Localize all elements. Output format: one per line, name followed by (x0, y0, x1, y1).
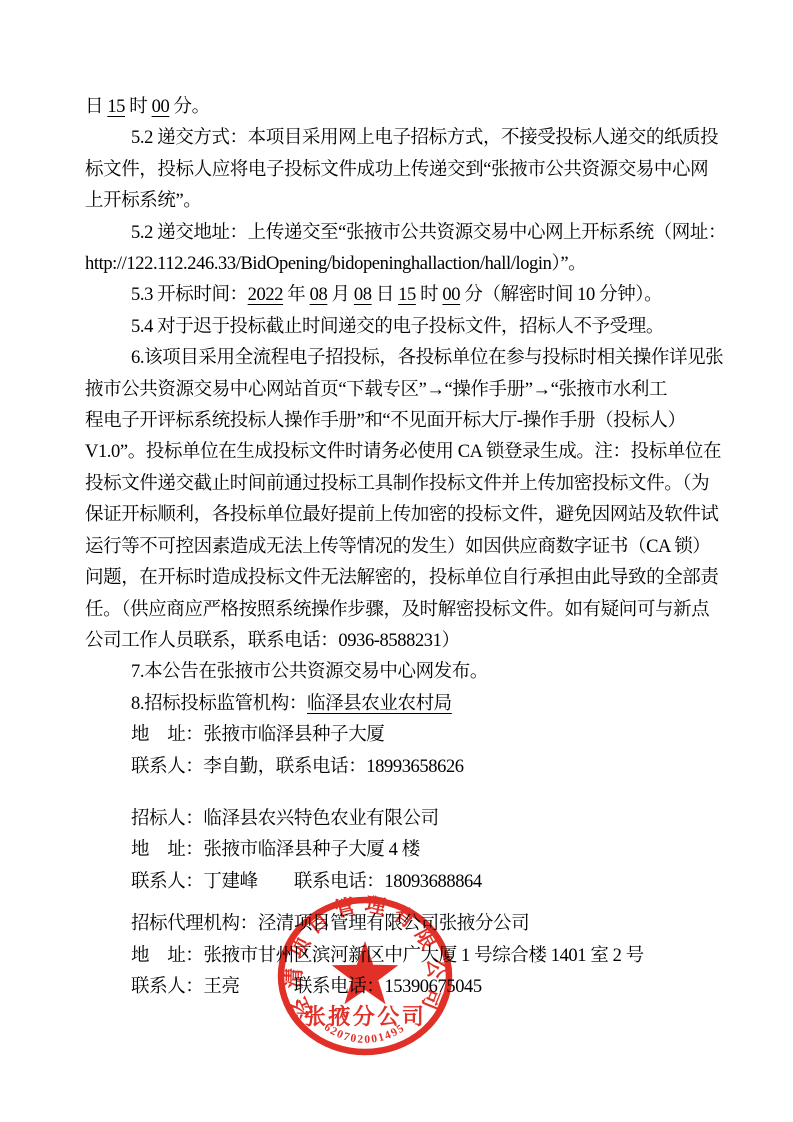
document-line: V1.0”。投标单位在生成投标文件时请务必使用 CA 锁登录生成。注：投标单位在 (85, 437, 717, 468)
document-line: 5.2 递交地址：上传递交至“张掖市公共资源交易中心网上开标系统（网址： (85, 218, 717, 249)
text-run: 时 (416, 285, 443, 305)
document-line: 7.本公告在张掖市公共资源交易中心网发布。 (85, 657, 717, 688)
underlined-text: 临泽县农业农村局 (307, 694, 452, 714)
text-run: 公司工作人员联系，联系电话：0936-8588231） (85, 631, 460, 651)
text-run: 招标人：临泽县农兴特色农业有限公司 (131, 809, 439, 829)
text-run: 运行等不可控因素造成无法上传等情况的发生）如因供应商数字证书（CA 锁） (85, 537, 710, 557)
text-run: 6.该项目采用全流程电子招投标，各投标单位在参与投标时相关操作详见张 (131, 348, 723, 368)
document-line: 地 址：张掖市临泽县种子大厦 (85, 720, 717, 751)
text-run: 5.2 递交地址：上传递交至“张掖市公共资源交易中心网上开标系统（网址： (131, 223, 726, 243)
text-run: 月 (327, 285, 354, 305)
text-run: http://122.112.246.33/BidOpening/bidopen… (85, 254, 586, 274)
document-line: 招标人：临泽县农兴特色农业有限公司 (85, 804, 717, 835)
seal-star (332, 941, 399, 1004)
company-seal: 泾清项目管理有限公司 张掖分公司 6207020014951 (272, 892, 458, 1062)
text-run: 任。（供应商应严格按照系统操作步骤，及时解密投标文件。如有疑问可与新点 (85, 600, 709, 620)
document-line: 运行等不可控因素造成无法上传等情况的发生）如因供应商数字证书（CA 锁） (85, 532, 717, 563)
text-run: 上开标系统”。 (85, 191, 201, 211)
text-run: V1.0”。投标单位在生成投标文件时请务必使用 CA 锁登录生成。注：投标单位在 (85, 442, 721, 462)
document-line: 5.3 开标时间：2022 年 08 月 08 日 15 时 00 分（解密时间… (85, 280, 717, 311)
document-line: 上开标系统”。 (85, 186, 717, 217)
text-run: 程电子开评标系统投标人操作手册”和“不见面开标大厅-操作手册（投标人） (85, 411, 686, 431)
underlined-text: 15 (107, 97, 125, 117)
document-line: 6.该项目采用全流程电子招投标，各投标单位在参与投标时相关操作详见张 (85, 343, 717, 374)
text-run: 标文件，投标人应将电子投标文件成功上传递交到“张掖市公共资源交易中心网 (85, 160, 708, 180)
underlined-text: 00 (442, 285, 460, 305)
document-line: 日 15 时 00 分。 (85, 92, 717, 123)
text-run: 联系人：丁建峰 联系电话：18093688864 (131, 872, 482, 892)
document-line: 5.2 递交方式：本项目采用网上电子招标方式，不接受投标人递交的纸质投 (85, 123, 717, 154)
text-run: 地 址：张掖市临泽县种子大厦 (131, 725, 384, 745)
document-body: 日 15 时 00 分。5.2 递交方式：本项目采用网上电子招标方式，不接受投标… (85, 92, 717, 1003)
document-line: 5.4 对于迟于投标截止时间递交的电子投标文件，招标人不予受理。 (85, 312, 717, 343)
text-run: 问题，在开标时造成投标文件无法解密的，投标单位自行承担由此导致的全部责 (85, 568, 719, 588)
text-run: 投标文件递交截止时间前通过投标工具制作投标文件并上传加密投标文件。（为 (85, 474, 709, 494)
underlined-text: 00 (152, 97, 170, 117)
text-run: 8.招标投标监管机构： (131, 694, 307, 714)
text-run: 保证开标顺利，各投标单位最好提前上传加密的投标文件，避免因网站及软件试 (85, 505, 719, 525)
text-run: 7.本公告在张掖市公共资源交易中心网发布。 (131, 662, 488, 682)
document-line: 保证开标顺利，各投标单位最好提前上传加密的投标文件，避免因网站及软件试 (85, 500, 717, 531)
text-run: 5.3 开标时间： (131, 285, 248, 305)
document-line: 问题，在开标时造成投标文件无法解密的，投标单位自行承担由此导致的全部责 (85, 563, 717, 594)
document-line: http://122.112.246.33/BidOpening/bidopen… (85, 249, 717, 280)
text-run: 地 址：张掖市临泽县种子大厦 4 楼 (131, 840, 420, 860)
text-run: 日 (85, 97, 107, 117)
text-run: 年 (283, 285, 310, 305)
text-run: 分。 (169, 97, 209, 117)
document-line: 公司工作人员联系，联系电话：0936-8588231） (85, 626, 717, 657)
underlined-text: 08 (354, 285, 372, 305)
text-run: 日 (372, 285, 399, 305)
document-line: 任。（供应商应严格按照系统操作步骤，及时解密投标文件。如有疑问可与新点 (85, 595, 717, 626)
document-line: 掖市公共资源交易中心网站首页“下载专区”→“操作手册”→“张掖市水利工 (85, 375, 717, 406)
text-run: 掖市公共资源交易中心网站首页“下载专区”→“操作手册”→“张掖市水利工 (85, 380, 667, 400)
document-line: 地 址：张掖市临泽县种子大厦 4 楼 (85, 835, 717, 866)
underlined-text: 08 (310, 285, 328, 305)
text-run: 联系人：李自勤，联系电话：18993658626 (131, 757, 464, 777)
text-run: 5.2 递交方式：本项目采用网上电子招标方式，不接受投标人递交的纸质投 (131, 128, 718, 148)
text-run: 5.4 对于迟于投标截止时间递交的电子投标文件，招标人不予受理。 (131, 317, 664, 337)
seal-branch-text: 张掖分公司 (304, 1004, 427, 1029)
text-run: 分（解密时间 10 分钟）。 (460, 285, 662, 305)
text-run: 时 (125, 97, 152, 117)
document-line: 联系人：李自勤，联系电话：18993658626 (85, 752, 717, 783)
document-line: 8.招标投标监管机构：临泽县农业农村局 (85, 689, 717, 720)
document-line: 程电子开评标系统投标人操作手册”和“不见面开标大厅-操作手册（投标人） (85, 406, 717, 437)
document-page: 日 15 时 00 分。5.2 递交方式：本项目采用网上电子招标方式，不接受投标… (0, 0, 793, 1122)
underlined-text: 15 (398, 285, 416, 305)
underlined-text: 2022 (248, 285, 283, 305)
document-line: 标文件，投标人应将电子投标文件成功上传递交到“张掖市公共资源交易中心网 (85, 155, 717, 186)
document-line: 投标文件递交截止时间前通过投标工具制作投标文件并上传加密投标文件。（为 (85, 469, 717, 500)
